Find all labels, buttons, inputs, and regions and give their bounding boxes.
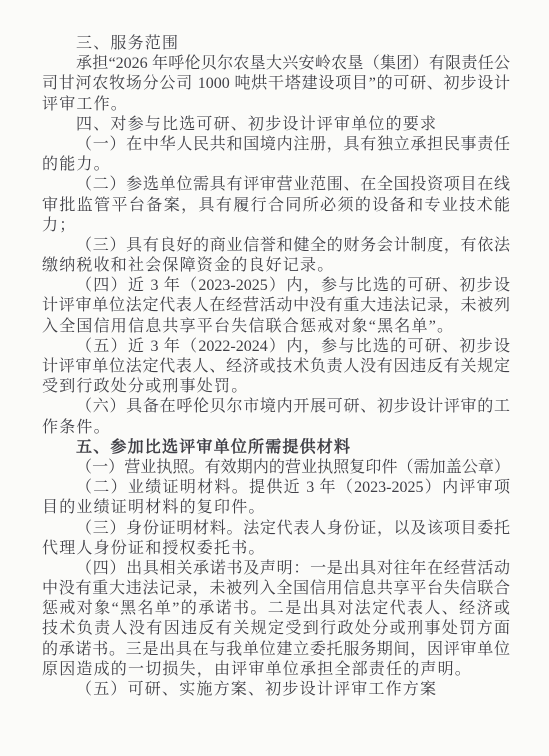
text-line: 入全国信用信息共享平台失信联合惩戒对象“黑名单”。 — [42, 317, 510, 337]
text-line: （二）参选单位需具有评审营业范围、在全国投资项目在线 — [42, 175, 510, 195]
text-line: 审批监管平台备案，具有履行合同所必须的设备和专业技术能 — [42, 196, 510, 216]
section-3-heading: 三、服务范围 — [42, 34, 510, 54]
text-line: 受到行政处分或刑事处罚。 — [42, 377, 510, 397]
text-line: 代理人身份证和授权委托书。 — [42, 539, 510, 559]
text-line: （五）可研、实施方案、初步设计评审工作方案 — [42, 680, 510, 700]
text-line: 承担“2026 年呼伦贝尔农垦大兴安岭农垦（集团）有限责任公 — [42, 54, 510, 74]
text-line: （五）近 3 年（2022-2024）内，参与比选的可研、初步设 — [42, 337, 510, 357]
text-line: 技术负责人没有因违反有关规定受到行政处分或刑事处罚方面 — [42, 619, 510, 639]
text-line: 惩戒对象“黑名单”的承诺书。二是出具对法定代表人、经济或 — [42, 599, 510, 619]
text-line: （四）出具相关承诺书及声明：一是出具对往年在经营活动 — [42, 559, 510, 579]
text-line: （六）具备在呼伦贝尔市境内开展可研、初步设计评审的工 — [42, 397, 510, 417]
text-line: 力； — [42, 216, 510, 236]
text-line: 原因造成的一切损失，由评审单位承担全部责任的声明。 — [42, 660, 510, 680]
text-line: 目的业绩证明材料的复印件。 — [42, 498, 510, 518]
section-5-heading: 五、参加比选评审单位所需提供材料 — [42, 438, 510, 458]
text-line: 司甘河农牧场分公司 1000 吨烘干塔建设项目”的可研、初步设计 — [42, 74, 510, 94]
text-line: 中没有重大违法记录，未被列入全国信用信息共享平台失信联合 — [42, 579, 510, 599]
text-line: 计评审单位法定代表人在经营活动中没有重大违法记录，未被列 — [42, 296, 510, 316]
text-line: （一）在中华人民共和国境内注册，具有独立承担民事责任 — [42, 135, 510, 155]
section-4-heading: 四、对参与比选可研、初步设计评审单位的要求 — [42, 115, 510, 135]
text-line: 的能力。 — [42, 155, 510, 175]
text-line: 作条件。 — [42, 418, 510, 438]
text-line: 计评审单位法定代表人、经济或技术负责人没有因违反有关规定 — [42, 357, 510, 377]
document-page: 三、服务范围承担“2026 年呼伦贝尔农垦大兴安岭农垦（集团）有限责任公司甘河农… — [0, 0, 549, 756]
text-line: （一）营业执照。有效期内的营业执照复印件（需加盖公章） — [42, 458, 510, 478]
text-line: 缴纳税收和社会保障资金的良好记录。 — [42, 256, 510, 276]
document-body: 三、服务范围承担“2026 年呼伦贝尔农垦大兴安岭农垦（集团）有限责任公司甘河农… — [42, 34, 510, 700]
text-line: （二）业绩证明材料。提供近 3 年（2023-2025）内评审项 — [42, 478, 510, 498]
text-line: （四）近 3 年（2023-2025）内，参与比选的可研、初步设 — [42, 276, 510, 296]
text-line: （三）具有良好的商业信誉和健全的财务会计制度，有依法 — [42, 236, 510, 256]
text-line: （三）身份证明材料。法定代表人身份证，以及该项目委托 — [42, 519, 510, 539]
text-line: 评审工作。 — [42, 95, 510, 115]
text-line: 的承诺书。三是出具在与我单位建立委托服务期间，因评审单位 — [42, 640, 510, 660]
